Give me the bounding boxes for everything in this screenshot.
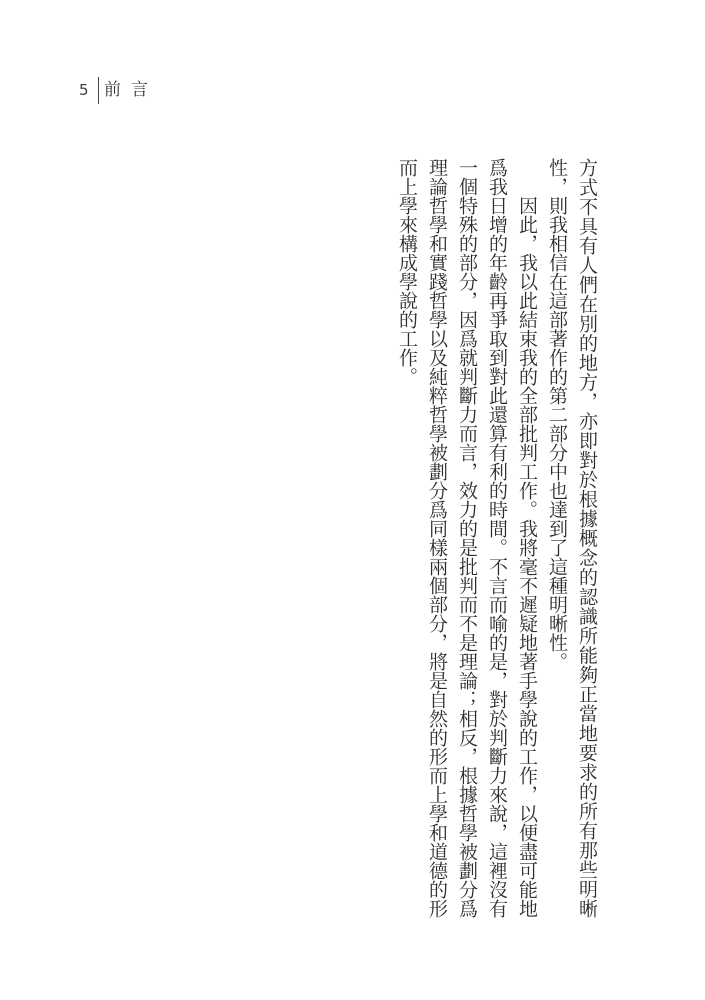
page-number: 5 (79, 83, 89, 98)
running-head: 5 前言 (79, 76, 158, 104)
section-title: 前言 (104, 82, 158, 99)
book-page: 5 前言 方式不具有人們在別的地方，亦即對於根據概念的認識所能夠正當地要求的所有… (0, 0, 705, 1000)
paragraph-continuation: 方式不具有人們在別的地方，亦即對於根據概念的認識所能夠正當地要求的所有那些明晰性… (542, 158, 602, 918)
header-divider (98, 77, 100, 104)
paragraph: 因此，我以此結束我的全部批判工作。我將毫不遲疑地著手學說的工作，以便盡可能地爲我… (392, 158, 542, 918)
body-text: 方式不具有人們在別的地方，亦即對於根據概念的認識所能夠正當地要求的所有那些明晰性… (392, 158, 602, 918)
